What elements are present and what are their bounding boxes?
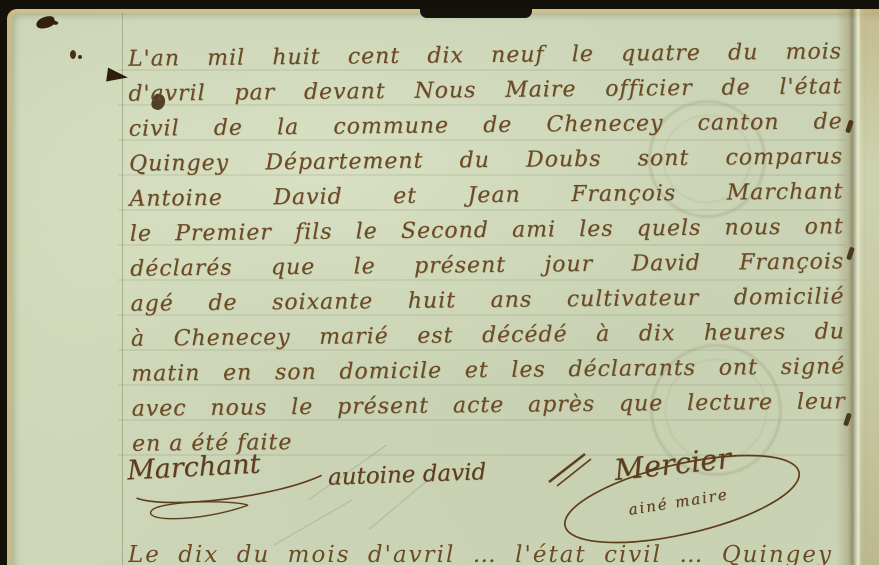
manuscript-text: L'an mil huit cent dix neuf le quatre du…: [128, 34, 846, 461]
signature-antoine-david: autoine david: [328, 459, 487, 491]
signature-mercier: Mercier ainé maire: [556, 441, 818, 545]
ink-blot: [70, 50, 76, 59]
binding-gutter: [860, 9, 879, 565]
signature-marchant: Marchant: [126, 445, 339, 526]
signature-antoine-david-text: autoine david: [328, 459, 487, 491]
next-entry-clipped-line: Le dix du mois d'avril … l'état civil … …: [128, 539, 833, 565]
scanned-register-page: L'an mil huit cent dix neuf le quatre du…: [0, 0, 879, 565]
top-edge-shadow: [420, 9, 532, 18]
insertion-mark: [106, 68, 129, 85]
text-line: avec nous le présent acte après que lect…: [131, 384, 845, 426]
signature-flourish: [121, 461, 339, 527]
